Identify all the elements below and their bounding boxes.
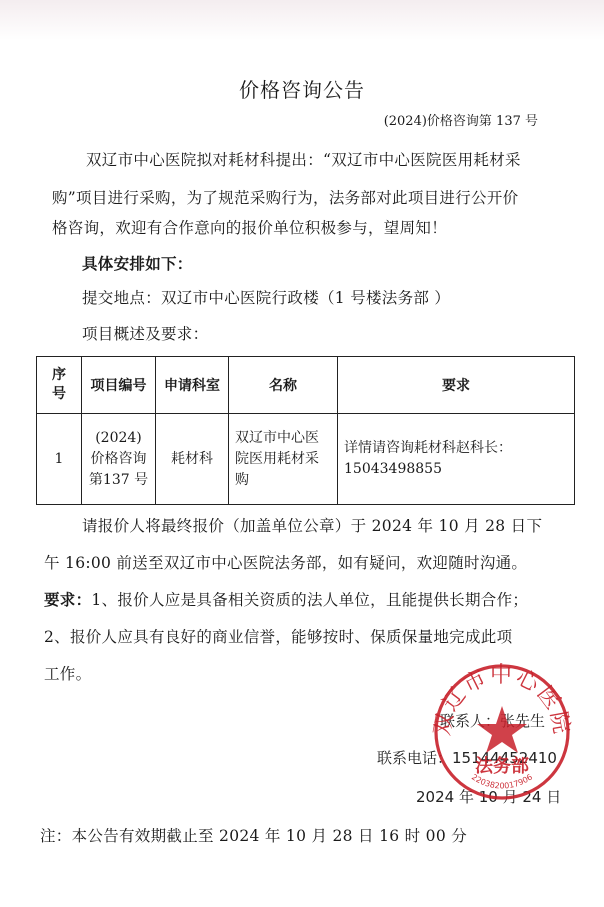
signature-date: 2024 年 10 月 24 日	[416, 786, 561, 807]
cell-name: 双辽市中心医院医用耗材采购	[229, 414, 338, 505]
requirement-1-line: 要求：1、报价人应是具备相关资质的法人单位，且能提供长期合作；	[44, 588, 528, 610]
document-number: (2024)价格咨询第 137 号	[384, 110, 538, 129]
header-name: 名称	[229, 357, 338, 414]
intro-line-1: 双辽市中心医院拟对耗材科提出：“双辽市中心医院医用耗材采	[86, 148, 521, 170]
submission-location: 提交地点：双辽市中心医院行政楼（1 号楼法务部 ）	[82, 286, 450, 308]
cell-project-number: (2024)价格咨询第137 号	[82, 414, 156, 505]
table-header-row: 序号 项目编号 申请科室 名称 要求	[37, 357, 575, 414]
contact-person: 联系人：张先生	[440, 710, 545, 731]
requirement-text: 详情请咨询耗材科赵科长：	[344, 438, 570, 459]
requirement-1: 1、报价人应是具备相关资质的法人单位，且能提供长期合作；	[91, 591, 528, 609]
requirement-2-line-2: 工作。	[44, 662, 91, 684]
overview-heading: 项目概述及要求：	[82, 322, 208, 344]
cell-index: 1	[37, 414, 82, 505]
table-row: 1 (2024)价格咨询第137 号 耗材科 双辽市中心医院医用耗材采购 详情请…	[37, 414, 575, 505]
requirement-2-line-1: 2、报价人应具有良好的商业信誉，能够按时、保质保量地完成此项	[44, 625, 512, 647]
header-index: 序号	[37, 357, 82, 414]
deadline-line-1: 请报价人将最终报价（加盖单位公章）于 2024 年 10 月 28 日下	[82, 514, 542, 536]
paper-scan-tint	[0, 0, 604, 40]
project-table: 序号 项目编号 申请科室 名称 要求 1 (2024)价格咨询第137 号 耗材…	[36, 356, 575, 505]
deadline-line-2: 午 16:00 前送至双辽市中心医院法务部，如有疑问，欢迎随时沟通。	[44, 551, 527, 573]
intro-line-2: 购”项目进行采购，为了规范采购行为，法务部对此项目进行公开价	[52, 186, 518, 208]
intro-line-3: 格咨询，欢迎有合作意向的报价单位积极参与，望周知！	[52, 216, 447, 238]
header-project-number: 项目编号	[82, 357, 156, 414]
requirements-label: 要求：	[44, 590, 91, 609]
header-requirement: 要求	[338, 357, 575, 414]
requirement-phone: 15043498855	[344, 459, 570, 480]
document-title: 价格咨询公告	[0, 74, 604, 103]
cell-requirement: 详情请咨询耗材科赵科长： 15043498855	[338, 414, 575, 505]
cell-department: 耗材科	[156, 414, 229, 505]
header-department: 申请科室	[156, 357, 229, 414]
validity-note: 注：本公告有效期截止至 2024 年 10 月 28 日 16 时 00 分	[40, 824, 467, 846]
arrangement-heading: 具体安排如下：	[82, 252, 193, 274]
contact-phone: 联系电话：15144452410	[377, 747, 557, 768]
official-seal-icon: 双辽市中心医院 法务部 2203820017906	[432, 662, 572, 802]
